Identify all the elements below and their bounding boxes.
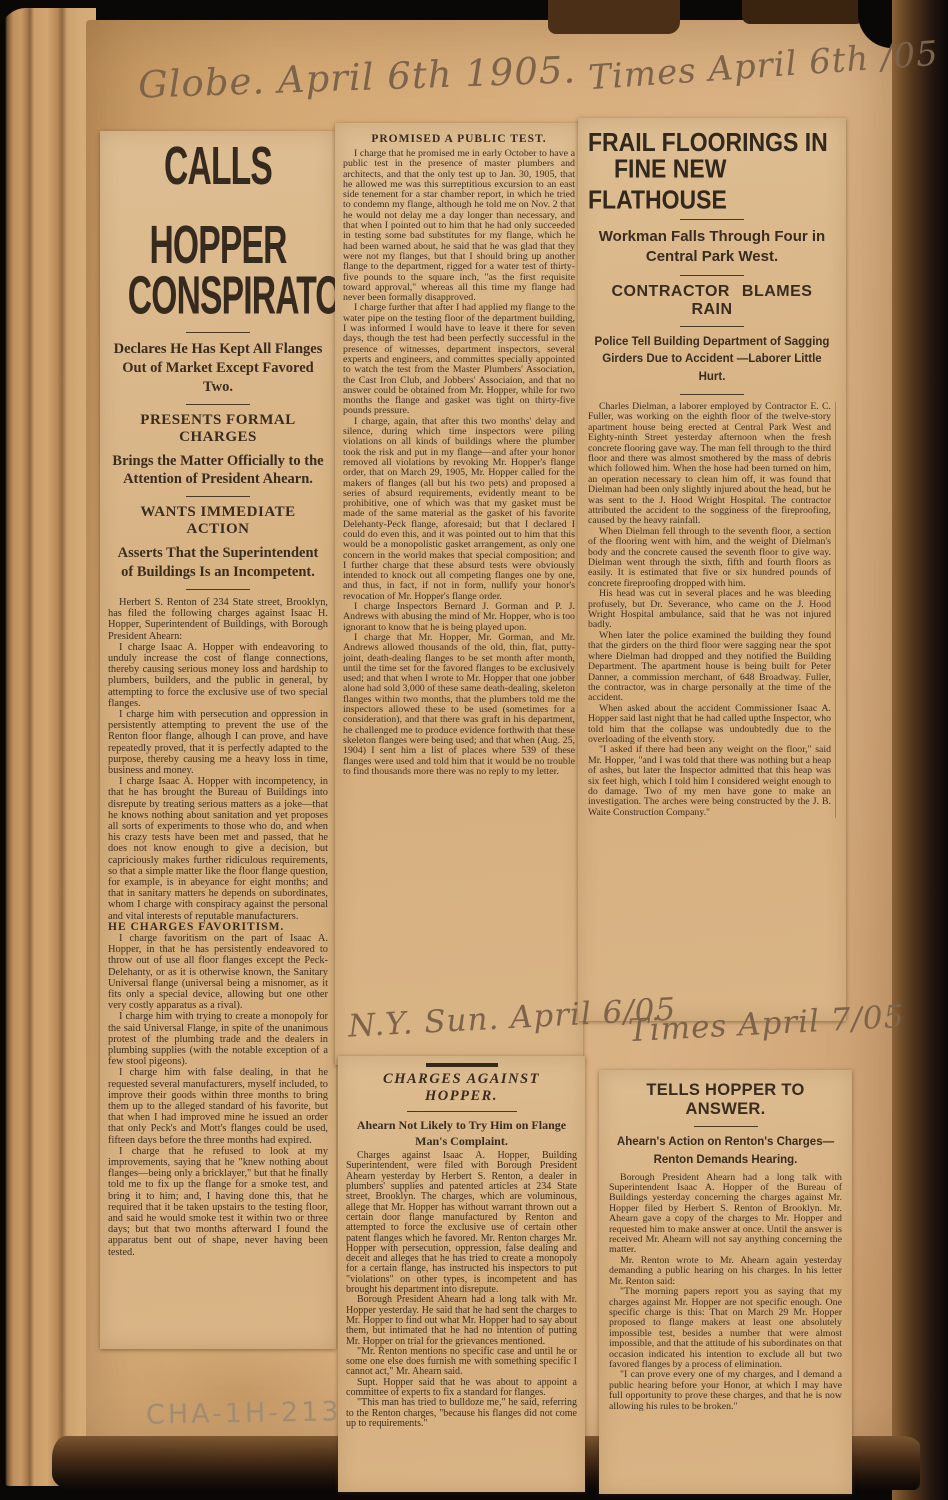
article-paragraph: "Mr. Renton mentions no specific case an…	[346, 1347, 577, 1378]
article-calls-hopper-conspirator: CALLS HOPPER CONSPIRATOR Declares He Has…	[100, 131, 336, 1349]
article-deck: Workman Falls Through Four in Central Pa…	[590, 227, 834, 268]
article-deck: Asserts That the Superintendent of Build…	[112, 544, 324, 582]
article-promised-public-test: PROMISED A PUBLIC TEST. I charge that he…	[335, 123, 583, 1065]
article-paragraph: I charge that he refused to look at my i…	[108, 1146, 328, 1258]
headline-line: CONSPIRATOR	[128, 255, 308, 334]
book-right-edge	[892, 0, 948, 1500]
article-paragraph: "This man has tried to bulldoze me," he …	[346, 1398, 577, 1429]
article-frail-floorings: FRAIL FLOORINGS IN FINE NEW FLATHOUSE Wo…	[578, 118, 846, 1021]
article-paragraph: When later the police examined the build…	[588, 631, 831, 704]
article-paragraph: I charge Inspectors Bernard J. Gorman an…	[343, 602, 575, 633]
article-paragraph: Borough President Ahearn had a long talk…	[346, 1295, 577, 1346]
book-cover-edge	[742, 0, 864, 24]
article-body: Charges against Isaac A. Hopper, Buildin…	[346, 1151, 577, 1429]
article-paragraph: Mr. Renton wrote to Mr. Ahearn again yes…	[609, 1256, 842, 1287]
article-deck: Brings the Matter Officially to the Atte…	[112, 452, 324, 490]
article-body: I charge that he promised me in early Oc…	[343, 149, 575, 777]
divider-rule	[407, 1111, 517, 1112]
article-paragraph: I charge Isaac A. Hopper with endeavorin…	[108, 642, 328, 709]
article-paragraph: I charge further that after I had applie…	[343, 303, 575, 416]
article-body: Herbert S. Renton of 234 State street, B…	[108, 597, 328, 1258]
divider-bar	[426, 1063, 498, 1067]
article-paragraph: Charges against Isaac A. Hopper, Buildin…	[346, 1151, 577, 1295]
article-body: Borough President Ahearn had a long talk…	[609, 1173, 842, 1412]
article-paragraph: I charge that Mr. Hopper, Mr. Gorman, an…	[343, 633, 575, 777]
headline-line: FINE NEW FLATHOUSE	[588, 153, 836, 216]
article-paragraph: I charge him with trying to create a mon…	[108, 1011, 328, 1067]
article-crosshead: WANTS IMMEDIATE ACTION	[108, 504, 328, 538]
article-headline: CALLS HOPPER CONSPIRATOR	[108, 145, 328, 325]
divider-rule	[680, 326, 744, 327]
book-cover-edge	[548, 0, 680, 34]
article-crosshead: PROMISED A PUBLIC TEST.	[343, 133, 575, 145]
article-paragraph: "I asked if there had been any weight on…	[588, 745, 831, 818]
article-subhead: Ahearn's Action on Renton's Charges— Ren…	[611, 1134, 840, 1170]
divider-rule	[680, 275, 744, 276]
divider-rule	[186, 589, 250, 590]
article-deck: Police Tell Building Department of Saggi…	[590, 334, 834, 387]
article-paragraph: I charge Isaac A. Hopper with incompeten…	[108, 776, 328, 922]
article-crosshead: HE CHARGES FAVORITISM.	[108, 922, 328, 933]
divider-rule	[186, 404, 250, 405]
article-crosshead: PRESENTS FORMAL CHARGES	[108, 412, 328, 446]
book-page-edges	[0, 8, 96, 1486]
article-charges-against-hopper: CHARGES AGAINST HOPPER. Ahearn Not Likel…	[338, 1056, 585, 1492]
article-paragraph: Charles Dielman, a laborer employed by C…	[588, 402, 831, 527]
article-paragraph: I charge, again, that after this two mon…	[343, 417, 575, 602]
divider-rule	[680, 394, 744, 395]
pencil-catalog-code: CHA-1H-213	[146, 1396, 342, 1430]
article-paragraph: His head was cut in several places and h…	[588, 589, 831, 631]
article-paragraph: "The morning papers report you as saying…	[609, 1287, 842, 1370]
article-paragraph: "I can prove every one of my charges, an…	[609, 1370, 842, 1412]
divider-rule	[186, 496, 250, 497]
scrapbook-photo: Globe. April 6th 1905. Times April 6th /…	[0, 0, 948, 1500]
article-deck: Declares He Has Kept All Flanges Out of …	[112, 340, 324, 397]
article-paragraph: I charge that he promised me in early Oc…	[343, 149, 575, 303]
article-crosshead: CONTRACTOR BLAMES RAIN	[588, 283, 836, 319]
article-headline: CHARGES AGAINST HOPPER.	[346, 1071, 577, 1105]
divider-rule	[680, 219, 744, 220]
article-paragraph: Borough President Ahearn had a long talk…	[609, 1173, 842, 1256]
article-headline: FRAIL FLOORINGS IN FINE NEW FLATHOUSE	[588, 128, 836, 212]
article-paragraph: I charge him with persecution and oppres…	[108, 709, 328, 776]
article-tells-hopper-to-answer: TELLS HOPPER TO ANSWER. Ahearn's Action …	[599, 1070, 852, 1494]
article-paragraph: Herbert S. Renton of 234 State street, B…	[108, 597, 328, 642]
article-paragraph: I charge favoritism on the part of Isaac…	[108, 933, 328, 1011]
article-paragraph: I charge him with false dealing, in that…	[108, 1067, 328, 1145]
article-headline: TELLS HOPPER TO ANSWER.	[609, 1081, 842, 1119]
article-paragraph: Supt. Hopper said that he was about to a…	[346, 1378, 577, 1399]
article-paragraph: When asked about the accident Commission…	[588, 704, 831, 746]
divider-rule	[694, 1126, 758, 1127]
article-paragraph: When Dielman fell through to the seventh…	[588, 527, 831, 589]
article-subhead: Ahearn Not Likely to Try Him on Flange M…	[350, 1118, 573, 1149]
article-body: Charles Dielman, a laborer employed by C…	[588, 402, 836, 818]
